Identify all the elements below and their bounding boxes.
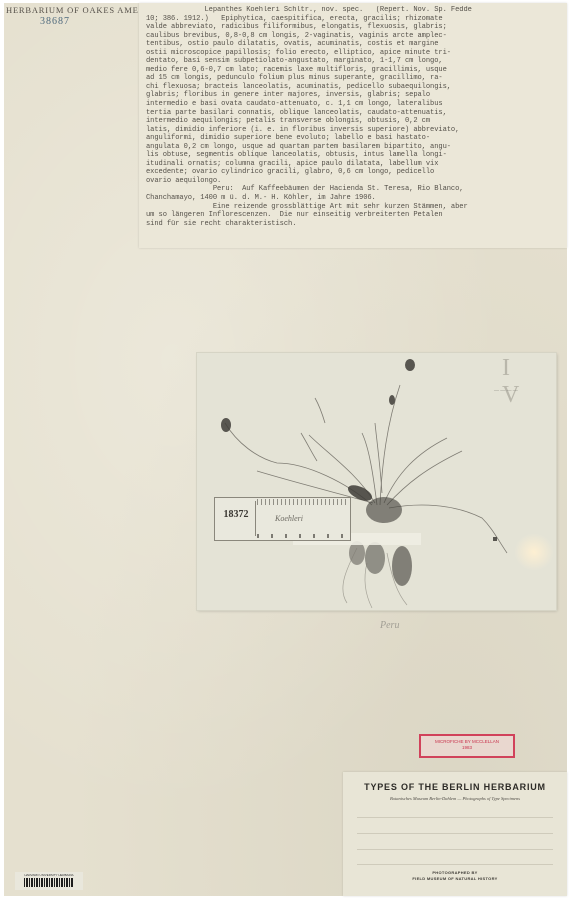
specimen-number: 18372 — [217, 501, 256, 536]
label-rule — [357, 817, 553, 818]
description-line: lis obtuse, segmentis oblique lanceolati… — [146, 151, 564, 160]
types-subtitle: Botanisches Museum Berlin-Dahlem — Photo… — [343, 796, 567, 801]
description-line: sind für sie recht charakteristisch. — [146, 220, 564, 229]
description-line: tertia parte basilari connatis, oblique … — [146, 109, 564, 118]
label-rule — [357, 849, 553, 850]
description-line: Chanchamayo, 1400 m ü. d. M.- H. Köhler,… — [146, 194, 564, 203]
barcode-label: HARVARD UNIVERSITY HERBARIA — [15, 872, 83, 890]
photographed-by: Photographed by Field Museum of Natural … — [343, 870, 567, 881]
types-title: TYPES OF THE BERLIN HERBARIUM — [343, 782, 567, 792]
description-line: ovario aequilongo. — [146, 177, 564, 186]
specimen-handwriting: Koehleri — [275, 514, 303, 523]
description-line: caulibus brevibus, 0,8-0,8 cm longis, 2-… — [146, 32, 564, 41]
scale-ruler-bottom — [257, 534, 347, 538]
scale-ruler — [257, 499, 347, 505]
description-line: angulata 0,2 cm longo, usque ad quartam … — [146, 143, 564, 152]
description-line: Peru: Auf Kaffeebäumen der Hacienda St. … — [146, 185, 564, 194]
description-line: medio fere 0,6-0,7 cm lato; racemis laxe… — [146, 66, 564, 75]
description-line: valde abbreviato, radicibus filiformibus… — [146, 23, 564, 32]
description-line: itudinali ornatis; columna gracili, apic… — [146, 160, 564, 169]
barcode — [24, 878, 74, 887]
label-rule — [357, 864, 553, 865]
description-label: Lepanthes Koehleri Schltr., nov. spec. (… — [139, 3, 567, 248]
description-line: intermedio e basi ovata caudato-attenuat… — [146, 100, 564, 109]
description-line: um so längeren Inflorescenzen. Die nur e… — [146, 211, 564, 220]
corner-mark: I V — — — — — [502, 355, 538, 400]
specimen-label: 18372 Koehleri — [214, 497, 351, 541]
description-line: dentato, basi sensim subpetiolato-angust… — [146, 57, 564, 66]
label-rule — [357, 833, 553, 834]
description-line: glabris; floribus in genere inter majore… — [146, 91, 564, 100]
description-line: ad 15 cm longis, pedunculo folium plus m… — [146, 74, 564, 83]
description-line: tentibus, ostio paulo dilatatis, ovatis,… — [146, 40, 564, 49]
microfiche-stamp: Microfiche by Mcclellan 1983 — [419, 734, 515, 758]
description-line: Lepanthes Koehleri Schltr., nov. spec. (… — [146, 6, 564, 15]
specimen-photo: I V — — — — 18372 Koehleri — [197, 353, 556, 610]
description-line: chi flexuosa; bracteis lanceolatis, acum… — [146, 83, 564, 92]
description-text: Lepanthes Koehleri Schltr., nov. spec. (… — [146, 6, 564, 228]
description-line: intermedio aequilongis; petalis transver… — [146, 117, 564, 126]
description-line: anguliformi, dimidio superiore bene evol… — [146, 134, 564, 143]
types-label: TYPES OF THE BERLIN HERBARIUM Botanische… — [343, 772, 567, 896]
description-line: Eine reizende grossblättige Art mit sehr… — [146, 203, 564, 212]
description-line: ostii microscopice papillosis; folio ere… — [146, 49, 564, 58]
accession-number: 38687 — [40, 16, 70, 27]
photo-glare — [514, 533, 554, 571]
pencil-note: Peru — [380, 620, 399, 631]
description-line: excedente; ovario cylindrico gracili, gl… — [146, 168, 564, 177]
description-line: latis, dimidio inferiore (i. e. in flori… — [146, 126, 564, 135]
herbarium-header: Herbarium of Oakes Ames — [6, 5, 144, 15]
description-line: 10; 386. 1912.) Epiphytica, caespitifica… — [146, 15, 564, 24]
